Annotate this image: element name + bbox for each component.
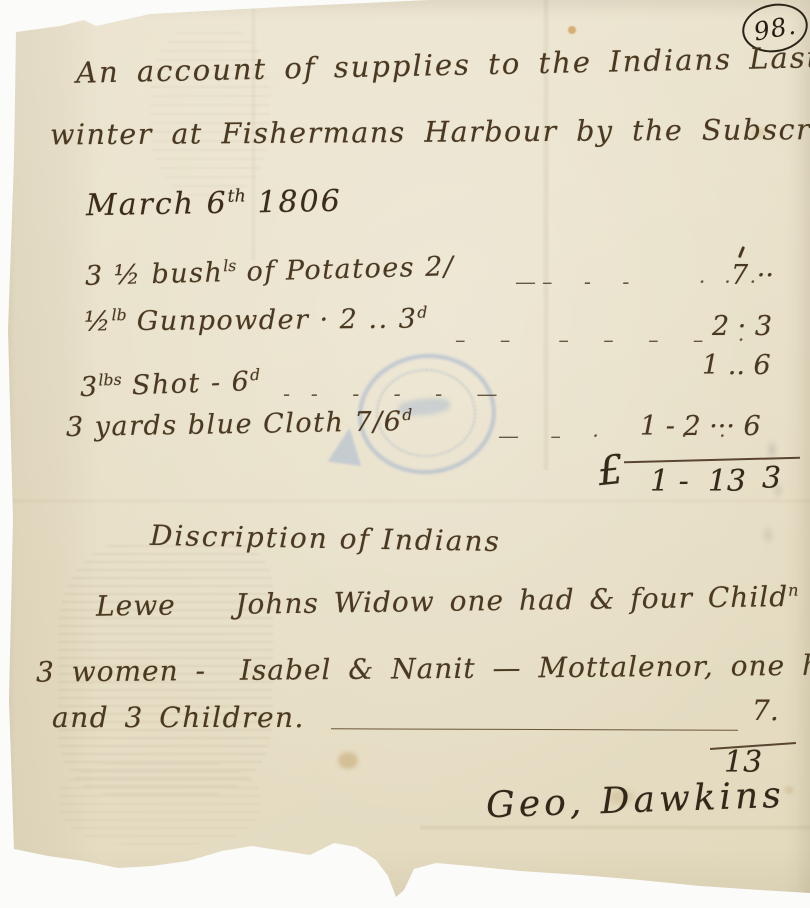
account-item-text: ½lb Gunpowder · 2 .. 3d bbox=[84, 305, 428, 337]
description-heading: Discription of Indians bbox=[150, 521, 501, 557]
paper-stain bbox=[568, 26, 576, 34]
document-title-line-1: An account of supplies to the Indians La… bbox=[76, 42, 810, 88]
account-item-amount: 1 .. 6 bbox=[702, 352, 771, 380]
total-pence: 3 bbox=[762, 463, 781, 495]
paper-stain bbox=[338, 752, 358, 769]
account-item-text: 3lbs Shot - 6d bbox=[80, 367, 261, 403]
account-item-leaders: – – – – – – · bbox=[455, 328, 751, 352]
account-item-amount: 2 · 3 bbox=[712, 313, 772, 341]
account-item-leaders: - - - - - — bbox=[283, 382, 505, 406]
account-item-text: 3 yards blue Cloth 7/6d bbox=[66, 407, 413, 442]
signature: Geo, Dawkins bbox=[485, 777, 785, 825]
account-item-amount: 7 ·· bbox=[731, 262, 774, 290]
description-amount: 7. bbox=[752, 696, 779, 725]
description-total: 13 bbox=[724, 747, 762, 779]
total-amount: 1 - 13 bbox=[650, 466, 746, 498]
account-item-amount: 1 - 2 ··· 6 bbox=[640, 413, 761, 441]
description-line-3: and 3 Children. bbox=[52, 703, 305, 732]
date-line: March 6th 1806 bbox=[86, 186, 342, 222]
description-line-1: Lewe Johns Widow one had & four Childn .… bbox=[96, 581, 810, 621]
ink-tick-mark bbox=[738, 246, 745, 258]
description-line-2: 3 women - Isabel & Nanit — Mottalenor, o… bbox=[36, 650, 810, 687]
account-item-text: 3 ½ bushls of Potatoes 2/ bbox=[85, 252, 455, 291]
paper-crease bbox=[420, 824, 810, 831]
document-title-line-2: winter at Fishermans Harbour by the Subs… bbox=[50, 114, 810, 150]
description-line-rule bbox=[331, 728, 738, 730]
show-through-patch bbox=[60, 760, 260, 845]
photo-backdrop: 98. An account of supplies to the Indian… bbox=[0, 0, 810, 908]
paper-stain bbox=[784, 786, 794, 794]
manuscript-paper: 98. An account of supplies to the Indian… bbox=[0, 0, 810, 908]
account-item-leaders: —– - - · · · bbox=[515, 270, 762, 294]
total-currency: £ bbox=[596, 449, 626, 493]
